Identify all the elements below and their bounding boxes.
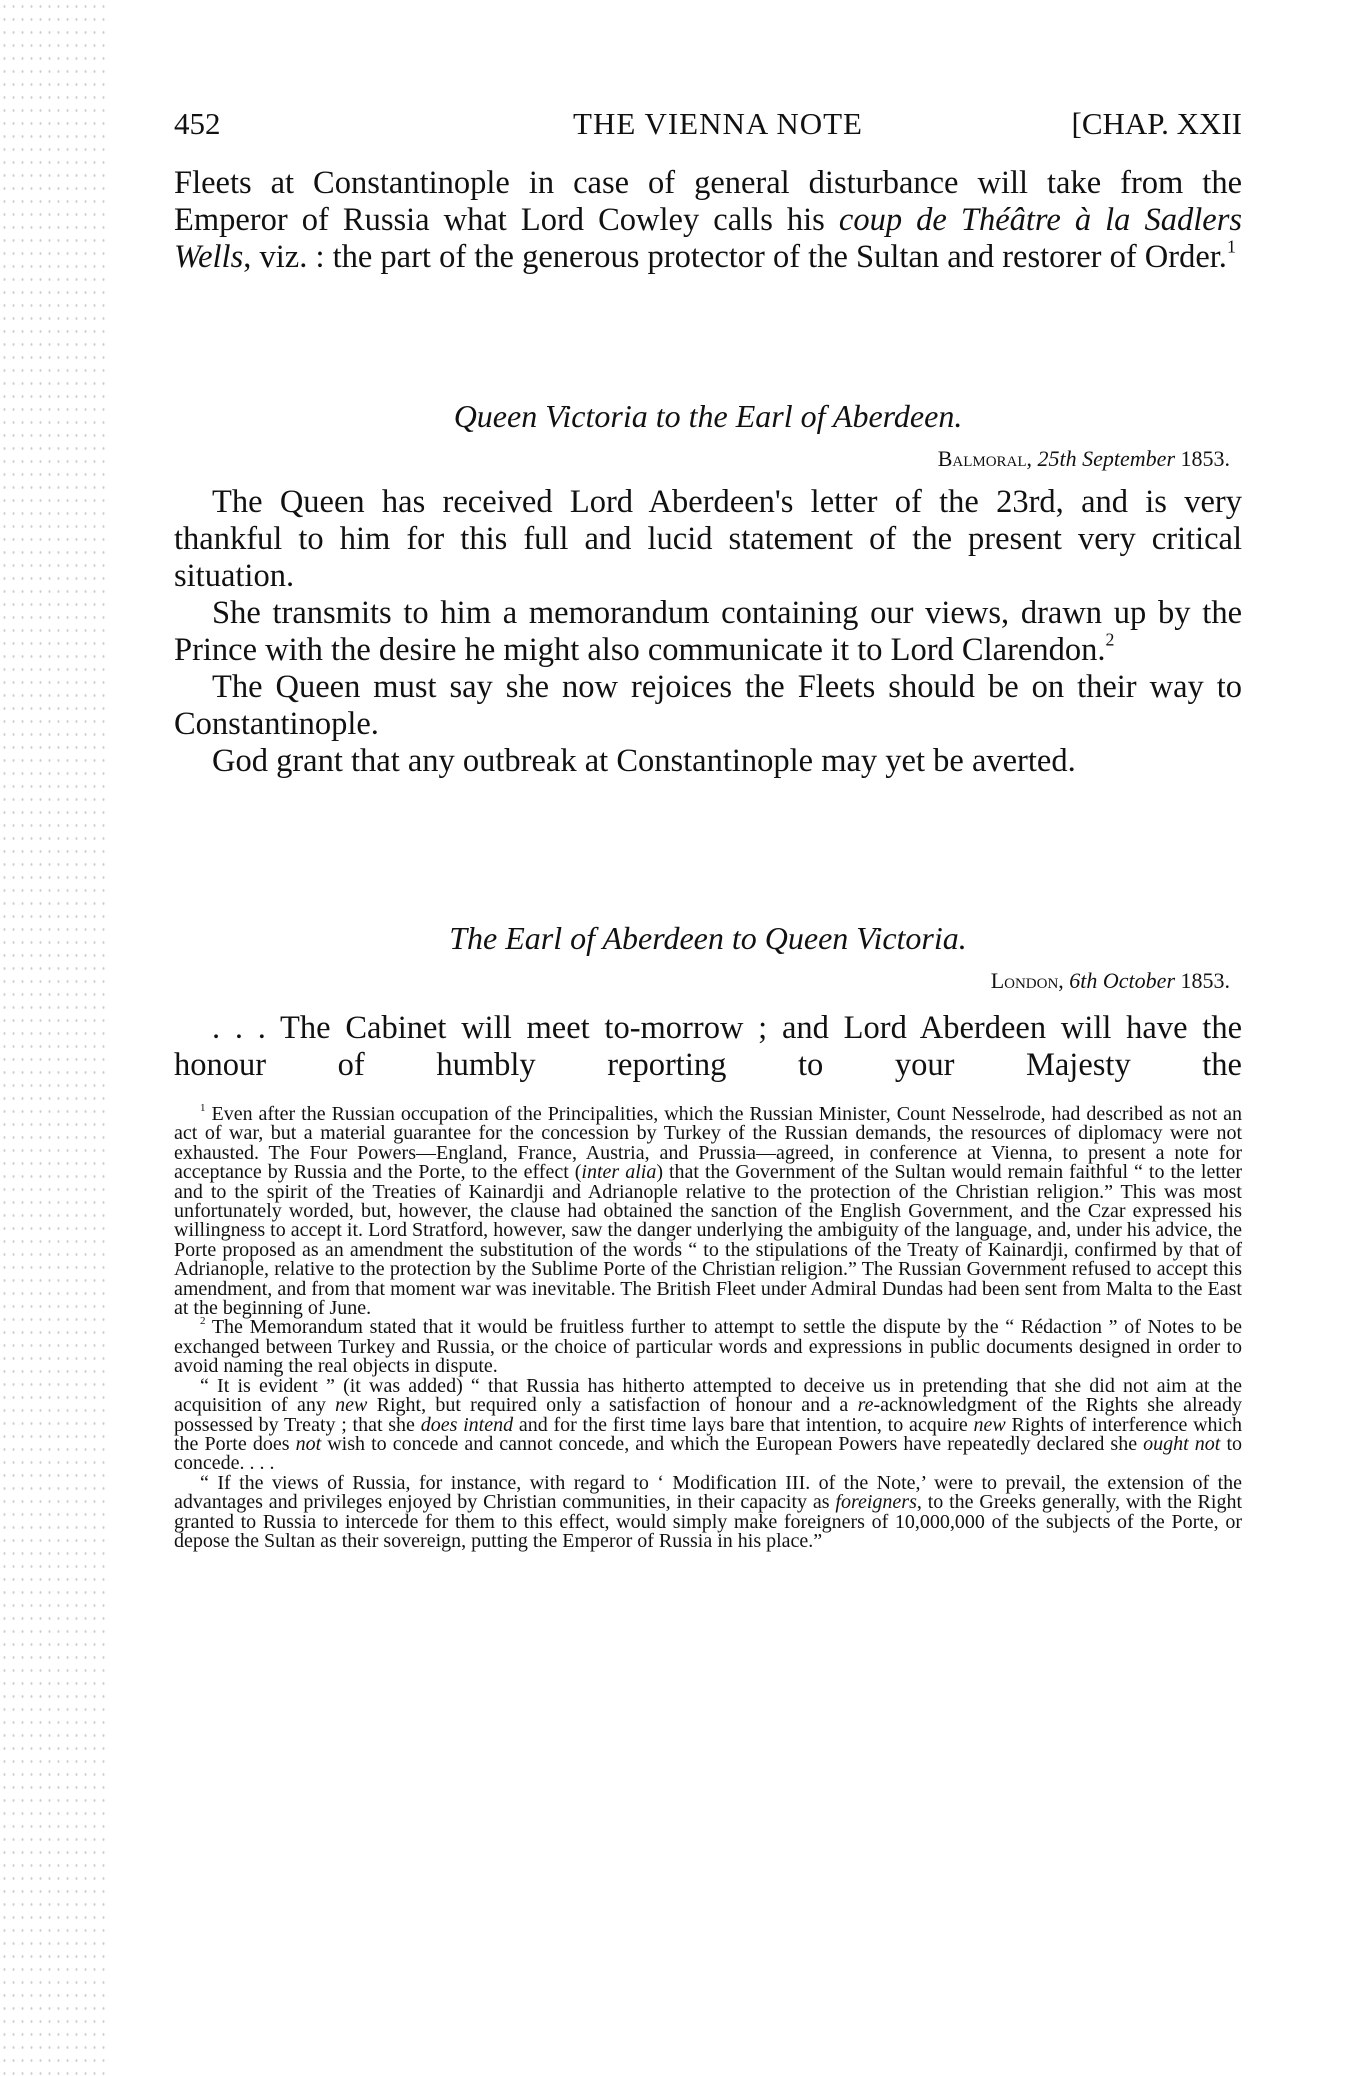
letter1-place: Balmoral, [938,446,1032,471]
fn2-italic: ought not [1143,1433,1220,1455]
letter2-place: London, [991,968,1064,993]
footnote-ref-2[interactable]: 2 [1105,630,1114,650]
footnote-2: 2 The Memorandum stated that it would be… [174,1318,1242,1376]
letter2-body: . . . The Cabinet will meet to-morrow ; … [174,1010,1242,1084]
letter1-dateline: Balmoral, 25th September 1853. [938,446,1230,472]
footnote-2-para-2: “ It is evident ” (it was added) “ that … [174,1377,1242,1474]
letter2-dateline: London, 6th October 1853. [991,968,1230,994]
letter1-paragraph-4: God grant that any outbreak at Constanti… [174,743,1242,780]
footnotes: 1 Even after the Russian occupation of t… [174,1105,1242,1551]
footnote-2-para-1: The Memorandum stated that it would be f… [174,1316,1242,1377]
letter2-date: 6th October [1069,968,1175,993]
letter1-paragraph-3: The Queen must say she now rejoices the … [174,669,1242,743]
letter1-paragraph-2: She transmits to him a memorandum contai… [174,595,1242,669]
footnote-1: 1 Even after the Russian occupation of t… [174,1105,1242,1318]
letter2-year: 1853. [1181,968,1231,993]
letter1-year: 1853. [1181,446,1231,471]
footnote-2-para-3: “ If the views of Russia, for instance, … [174,1474,1242,1552]
chapter-label: [CHAP. XXII [1072,106,1243,142]
footnote-ref-1[interactable]: 1 [1227,237,1236,257]
letter1-date: 25th September [1038,446,1175,471]
letter2-paragraph: . . . The Cabinet will meet to-morrow ; … [174,1010,1242,1084]
fn2-italic: not [296,1433,322,1455]
footnote-1-text-b: ) that the Government of the Sultan woul… [174,1161,1242,1319]
letter1-body: The Queen has received Lord Aberdeen's l… [174,484,1242,780]
running-head: 452 THE VIENNA NOTE [CHAP. XXII [174,106,1242,146]
footnote-1-marker: 1 [200,1102,206,1114]
letter1-heading: Queen Victoria to the Earl of Aberdeen. [174,398,1242,435]
letter1-paragraph-1: The Queen has received Lord Aberdeen's l… [174,484,1242,595]
letter1-paragraph-2-text: She transmits to him a memorandum contai… [174,595,1242,668]
continuation-text-b: , viz. : the part of the generous protec… [243,239,1227,275]
scan-margin-noise [0,0,110,2076]
letter2-heading: The Earl of Aberdeen to Queen Victoria. [174,920,1242,957]
continuation-paragraph: Fleets at Constantinople in case of gene… [174,165,1242,276]
fn2-text: wish to concede and cannot concede, and … [321,1433,1143,1455]
footnote-2-marker: 2 [200,1316,206,1328]
